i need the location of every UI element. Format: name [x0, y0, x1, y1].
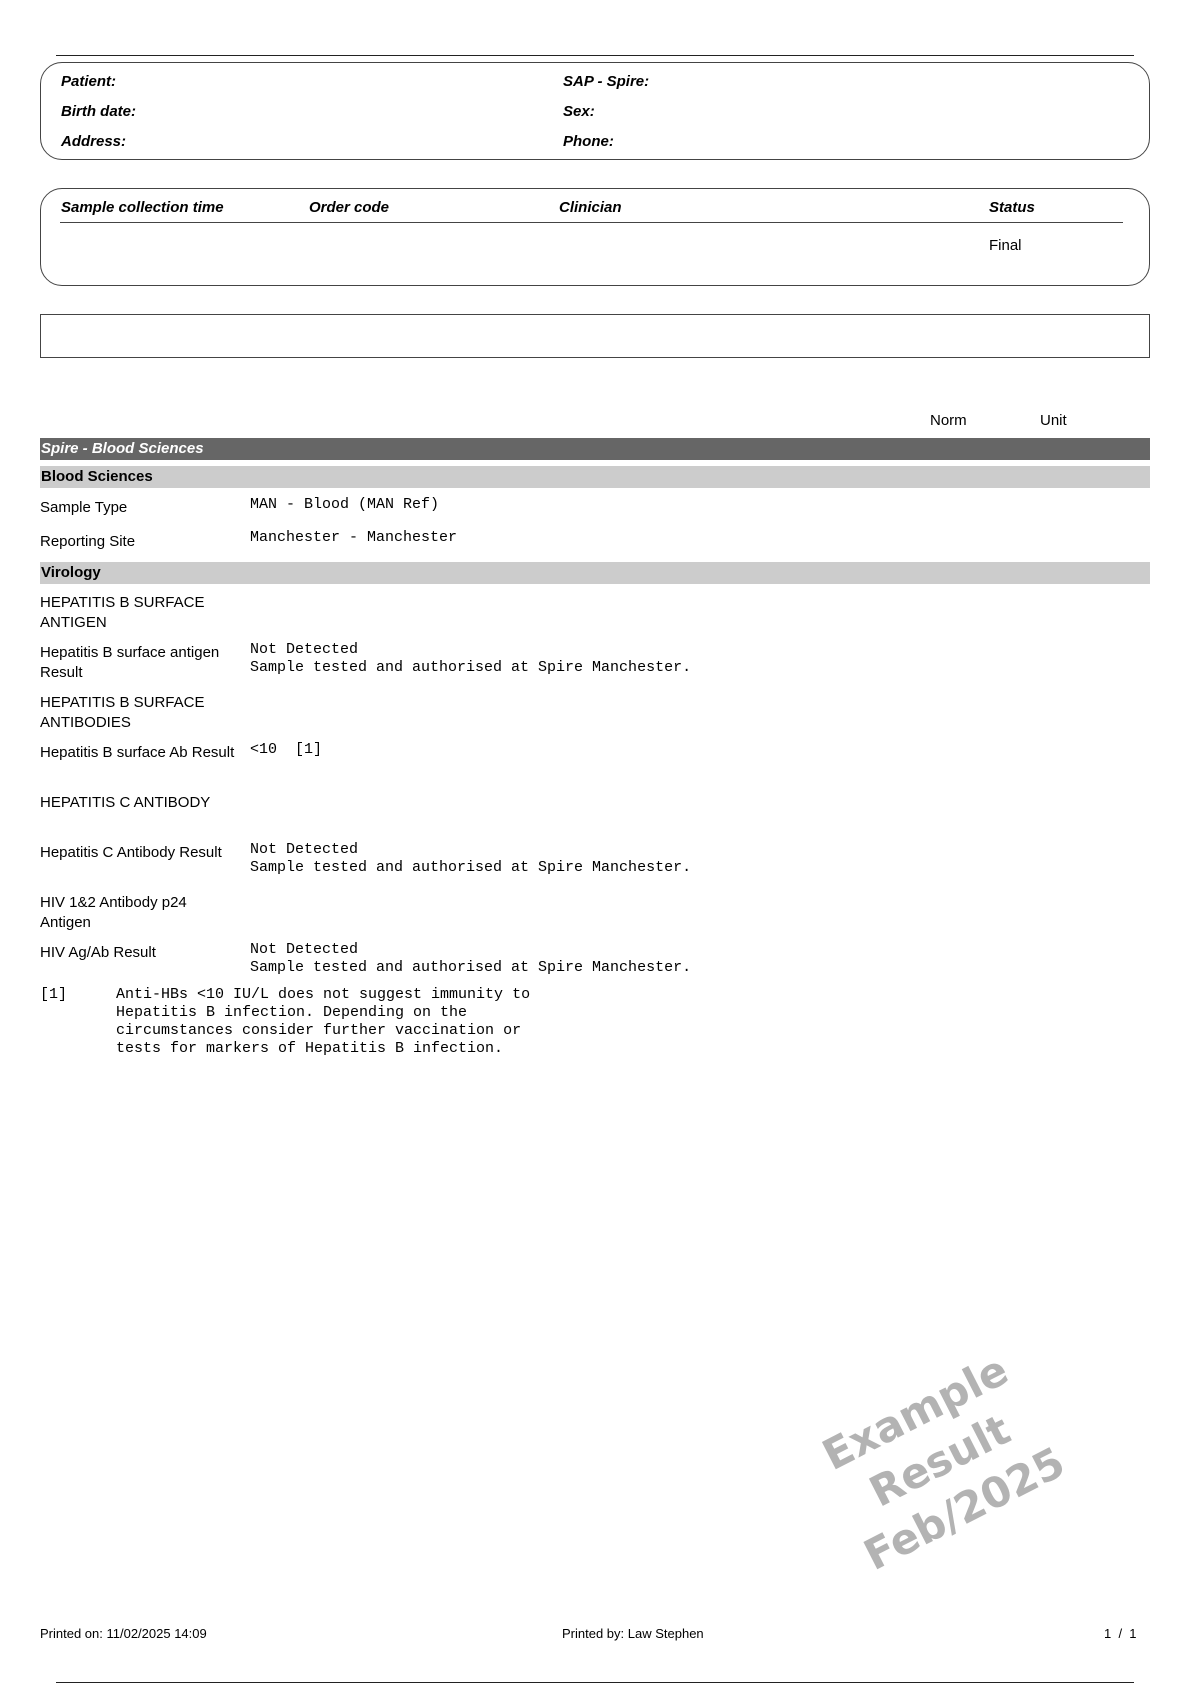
test-name: HEPATITIS B SURFACE ANTIGEN: [40, 593, 240, 633]
birth-date-label: Birth date:: [61, 103, 136, 120]
sap-spire-label: SAP - Spire:: [563, 73, 649, 90]
test-name: HEPATITIS B SURFACE ANTIBODIES: [40, 693, 240, 733]
test-name: Sample Type: [40, 498, 240, 518]
address-label: Address:: [61, 133, 126, 150]
test-name: Hepatitis B surface antigen Result: [40, 643, 240, 683]
status-header: Status: [989, 199, 1035, 216]
top-rule: [56, 55, 1134, 56]
footnote-marker: [1]: [40, 986, 67, 1004]
test-value: Manchester - Manchester: [250, 529, 457, 547]
unit-column-header: Unit: [1040, 412, 1067, 429]
group-header-blood-sciences: Blood Sciences: [40, 466, 1150, 488]
printed-on: Printed on: 11/02/2025 14:09: [40, 1626, 207, 1641]
sex-label: Sex:: [563, 103, 595, 120]
printed-by: Printed by: Law Stephen: [562, 1626, 704, 1641]
watermark: Example Result Feb/2025: [743, 1307, 1137, 1615]
clinician-header: Clinician: [559, 199, 622, 216]
test-name: Hepatitis B surface Ab Result: [40, 743, 240, 763]
status-value: Final: [989, 237, 1022, 254]
sample-collection-time-header: Sample collection time: [61, 199, 224, 216]
footnote-text: Anti-HBs <10 IU/L does not suggest immun…: [116, 986, 530, 1058]
test-name: Reporting Site: [40, 532, 240, 552]
test-value: Not Detected Sample tested and authorise…: [250, 841, 691, 877]
test-name: Hepatitis C Antibody Result: [40, 843, 240, 863]
test-name: HIV Ag/Ab Result: [40, 943, 240, 963]
test-value: <10 [1]: [250, 741, 322, 759]
order-code-header: Order code: [309, 199, 389, 216]
patient-label: Patient:: [61, 73, 116, 90]
test-value: Not Detected Sample tested and authorise…: [250, 941, 691, 977]
test-value: MAN - Blood (MAN Ref): [250, 496, 439, 514]
phone-label: Phone:: [563, 133, 614, 150]
test-name: HIV 1&2 Antibody p24 Antigen: [40, 893, 240, 933]
section-header: Spire - Blood Sciences: [40, 438, 1150, 460]
bottom-rule: [56, 1682, 1134, 1683]
group-header-virology: Virology: [40, 562, 1150, 584]
order-header-divider: [60, 222, 1123, 223]
test-name: HEPATITIS C ANTIBODY: [40, 793, 240, 813]
norm-column-header: Norm: [930, 412, 967, 429]
test-value: Not Detected Sample tested and authorise…: [250, 641, 691, 677]
page-number: 1 / 1: [1104, 1626, 1137, 1641]
comment-box: [40, 314, 1150, 358]
